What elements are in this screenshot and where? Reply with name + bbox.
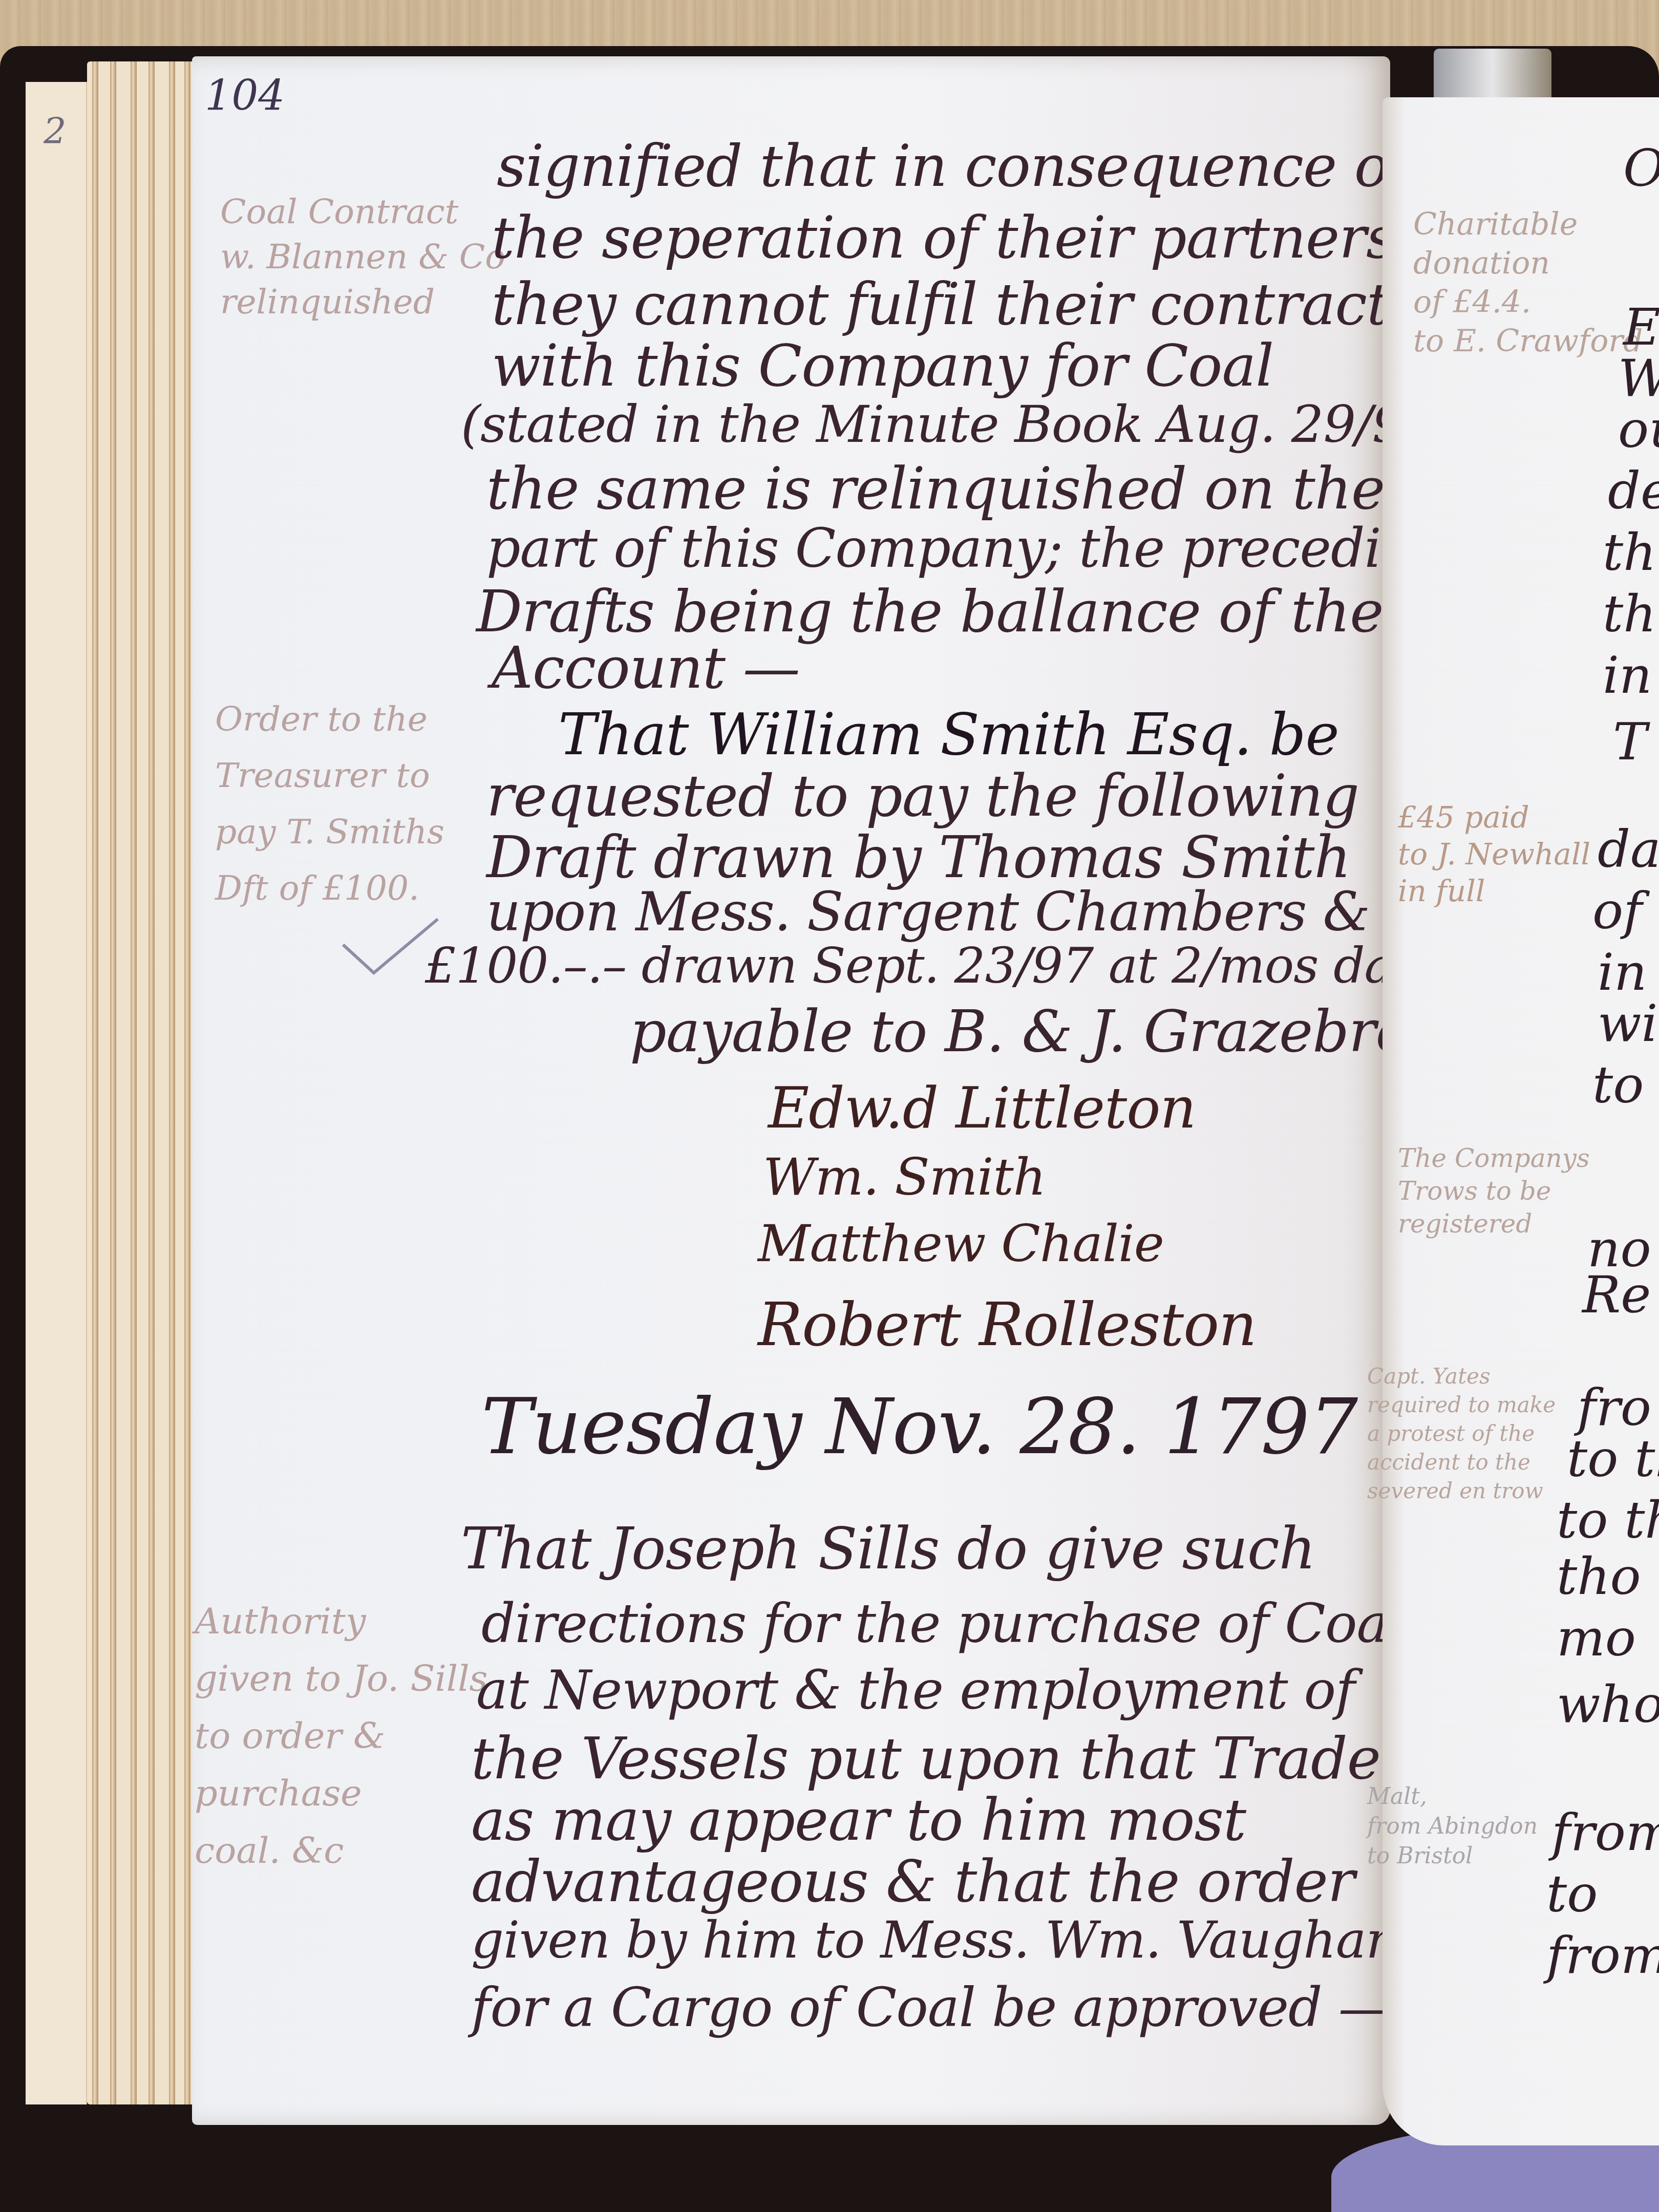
body-line: signified that in consequence of — [497, 133, 1409, 200]
margin-note-line: Capt. Yates — [1367, 1362, 1556, 1391]
signature: Matthew Chalie — [758, 1214, 1164, 1273]
page-number: 104 — [205, 72, 285, 120]
body-fragment: Re — [1582, 1265, 1651, 1325]
body-line: £100.–.– drawn Sept. 23/97 at 2/mos date — [425, 937, 1441, 994]
margin-note-line: w. Blannen & Co — [220, 235, 505, 280]
ribbon-marker — [1434, 49, 1551, 105]
signature: Edw.d Littleton — [768, 1075, 1196, 1141]
leaf-edge — [169, 61, 175, 2104]
margin-note-authority-sills: Authority given to Jo. Sills to order & … — [195, 1592, 488, 1879]
body-fragment: O — [1623, 138, 1659, 198]
page-block-edges — [87, 61, 195, 2104]
margin-note-line: a protest of the — [1367, 1419, 1556, 1448]
margin-note-line: purchase — [195, 1764, 488, 1822]
margin-note-line: The Companys — [1398, 1142, 1590, 1175]
margin-note-line: Order to the — [215, 691, 444, 748]
body-line: as may appear to him most — [471, 1787, 1246, 1854]
margin-note-line: £45 paid — [1398, 799, 1590, 836]
margin-note-trows-registered: The Companys Trows to be registered — [1398, 1142, 1590, 1240]
margin-note-coal-contract: Coal Contract w. Blannen & Co relinquish… — [220, 189, 505, 325]
body-fragment: ou — [1618, 399, 1659, 459]
body-fragment: who — [1557, 1674, 1659, 1734]
body-line: requested to pay the following — [486, 763, 1359, 829]
body-line: upon Mess. Sargent Chambers & Co. — [486, 881, 1474, 943]
body-line: payable to B. & J. Grazebrook — [630, 998, 1478, 1065]
body-line: Account — — [492, 635, 800, 701]
body-fragment: wi — [1598, 993, 1658, 1053]
body-fragment: to th — [1557, 1490, 1659, 1550]
margin-note-line: to J. Newhall — [1398, 836, 1590, 873]
body-fragment: from — [1546, 1925, 1659, 1985]
margin-note-line: Trows to be — [1398, 1175, 1590, 1207]
margin-note-line: Treasurer to — [215, 748, 444, 804]
body-line: with this Company for Coal — [492, 333, 1273, 399]
margin-note-charitable-donation: Charitable donation of £4.4. to E. Crawf… — [1413, 205, 1643, 360]
meeting-date-heading: Tuesday Nov. 28. 1797 – — [481, 1382, 1419, 1472]
margin-note-order-treasurer: Order to the Treasurer to pay T. Smiths … — [215, 691, 444, 917]
body-line: they cannot fulfil their contract — [492, 271, 1389, 338]
body-line: the same is relinquished on the — [486, 456, 1385, 522]
margin-note-line: pay T. Smiths — [215, 804, 444, 860]
margin-note-paid-newhall: £45 paid to J. Newhall in full — [1398, 799, 1590, 909]
signature: Robert Rolleston — [758, 1290, 1257, 1359]
margin-note-line: donation — [1413, 244, 1643, 283]
body-line: at Newport & the employment of — [476, 1659, 1355, 1721]
body-fragment: da — [1598, 819, 1659, 879]
leaf-edge — [92, 61, 98, 2104]
body-line: the Vessels put upon that Trade — [471, 1726, 1380, 1792]
body-fragment: to th — [1567, 1429, 1659, 1488]
margin-note-line: required to make — [1367, 1391, 1556, 1419]
margin-note-line: registered — [1398, 1207, 1590, 1240]
margin-note-line: Authority — [195, 1592, 488, 1650]
margin-note-line: Dft of £100. — [215, 860, 444, 917]
margin-note-line: from Abingdon — [1367, 1812, 1538, 1841]
body-fragment: T — [1613, 712, 1647, 772]
margin-note-line: Coal Contract — [220, 189, 505, 235]
margin-note-line: relinquished — [220, 280, 505, 325]
margin-note-line: coal. &c — [195, 1822, 488, 1879]
margin-note-malt: Malt, from Abingdon to Bristol — [1367, 1782, 1538, 1871]
preceding-page-edge — [26, 82, 87, 2104]
leaf-edge — [110, 61, 116, 2104]
margin-note-line: to order & — [195, 1707, 488, 1764]
body-fragment: to — [1592, 1055, 1644, 1115]
leaf-edge — [184, 61, 190, 2104]
body-fragment: th — [1603, 522, 1656, 582]
margin-note-line: in full — [1398, 873, 1590, 909]
body-line: the seperation of their partnership — [492, 205, 1485, 271]
margin-note-capt-yates: Capt. Yates required to make a protest o… — [1367, 1362, 1556, 1505]
leaf-edge — [131, 61, 137, 2104]
margin-note-line: Charitable — [1413, 205, 1643, 244]
margin-note-line: severed en trow — [1367, 1477, 1556, 1505]
margin-note-line: to Bristol — [1367, 1841, 1538, 1871]
body-fragment: th — [1603, 584, 1656, 644]
margin-note-line: to E. Crawford — [1413, 322, 1643, 360]
body-fragment: to — [1546, 1864, 1598, 1924]
preceding-page-number: 2 — [44, 110, 67, 152]
body-line: directions for the purchase of Coal — [481, 1592, 1405, 1655]
body-line: That Joseph Sills do give such — [461, 1516, 1315, 1582]
margin-note-line: given to Jo. Sills — [195, 1650, 488, 1707]
body-fragment: tho — [1557, 1546, 1641, 1606]
margin-note-line: accident to the — [1367, 1448, 1556, 1477]
body-fragment: mo — [1557, 1608, 1636, 1668]
margin-note-line: of £4.4. — [1413, 283, 1643, 322]
body-line: part of this Company; the preceding — [486, 517, 1448, 580]
body-fragment: de — [1608, 461, 1659, 521]
margin-note-line: Malt, — [1367, 1782, 1538, 1812]
body-line: advantageous & that the order — [471, 1848, 1354, 1915]
body-fragment: from — [1551, 1802, 1659, 1862]
signature: Wm. Smith — [763, 1147, 1046, 1207]
body-line: (stated in the Minute Book Aug. 29/97) — [461, 394, 1456, 454]
body-fragment: of — [1592, 881, 1642, 941]
body-line: That William Smith Esq. be — [558, 701, 1339, 768]
leaf-edge — [148, 61, 155, 2104]
body-fragment: in — [1603, 645, 1652, 705]
body-line: for a Cargo of Coal be approved — — [471, 1976, 1391, 2039]
